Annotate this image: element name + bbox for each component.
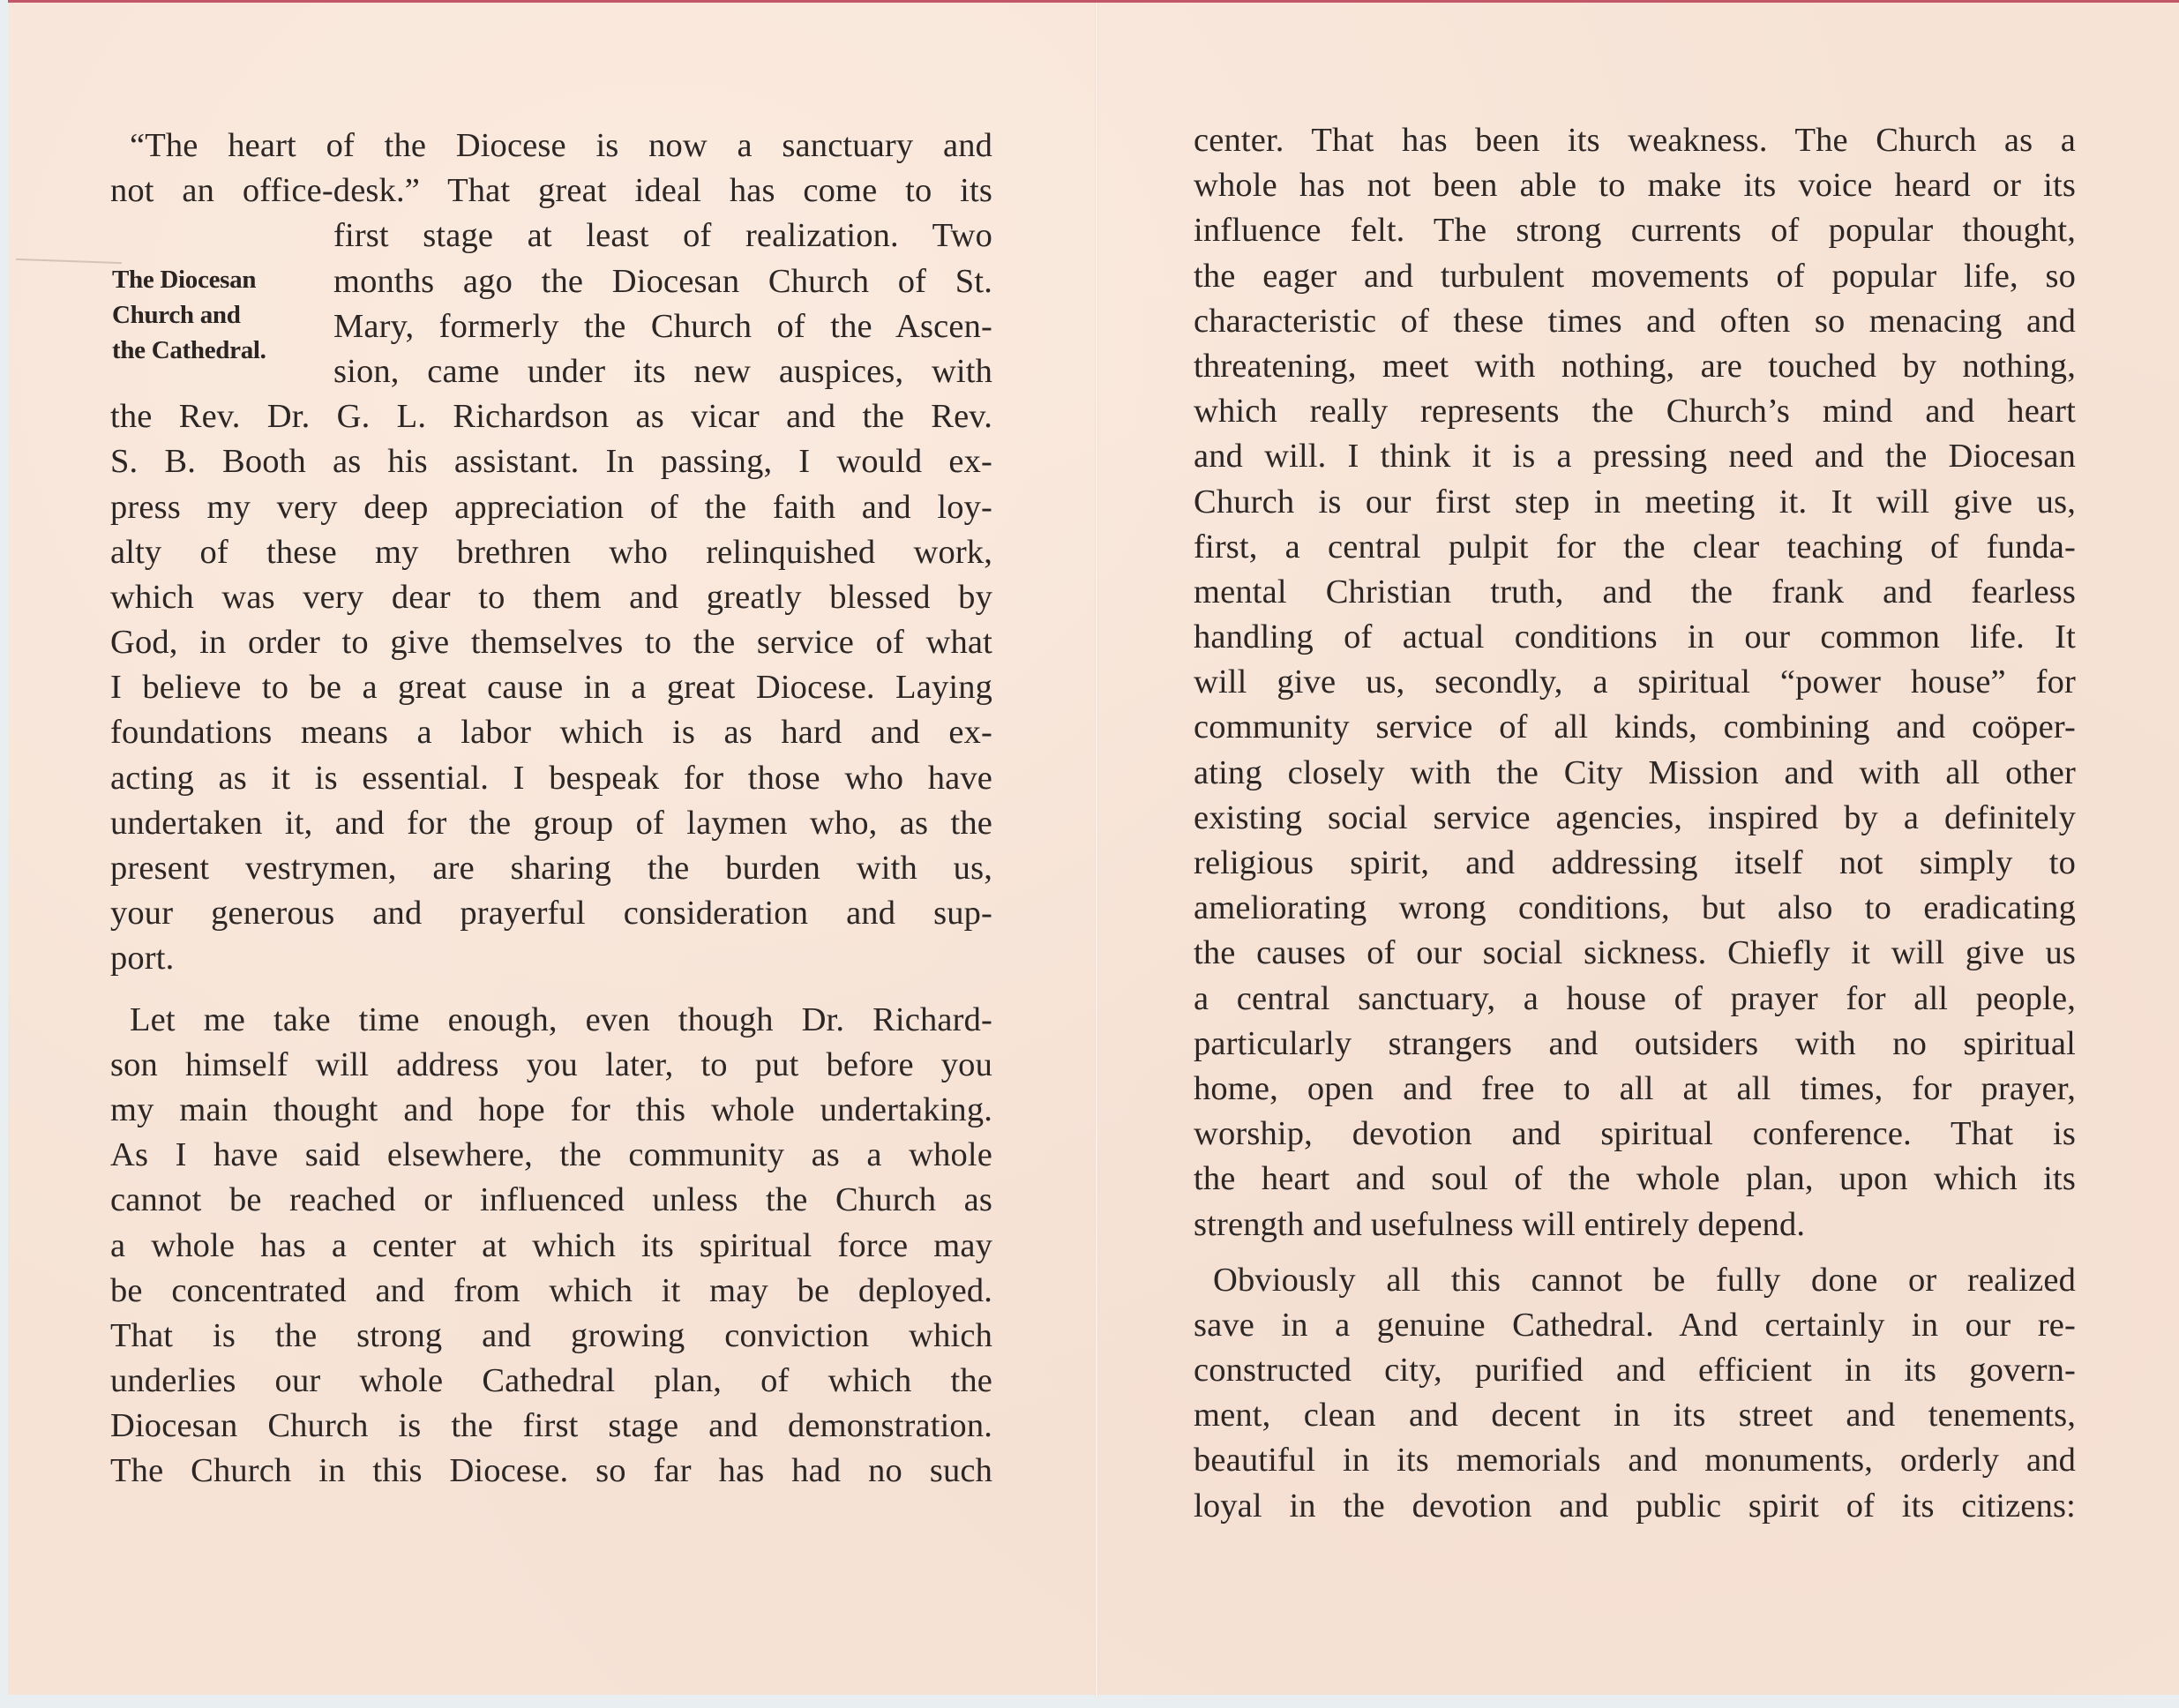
text-line: handling of actual conditions in our com… [1194, 615, 2076, 660]
text-line: ameliorating wrong conditions, but also … [1194, 886, 2076, 931]
text-line: your generous and prayerful consideratio… [110, 891, 992, 936]
text-line: constructed city, purified and efficient… [1194, 1348, 2076, 1393]
text-line: sion, came under its new auspices, with [333, 349, 992, 394]
text-line: the eager and turbulent movements of pop… [1194, 254, 2076, 299]
left-page-column: “The heart of the Diocese is now a sanct… [110, 124, 992, 1494]
text-line: port. [110, 936, 992, 981]
text-line: home, open and free to all at all times,… [1194, 1067, 2076, 1112]
text-line: present vestrymen, are sharing the burde… [110, 846, 992, 891]
text-line: underlies our whole Cathedral plan, of w… [110, 1359, 992, 1404]
text-line: beautiful in its memorials and monuments… [1194, 1438, 2076, 1483]
text-line: Diocesan Church is the first stage and d… [110, 1404, 992, 1449]
text-line: ating closely with the City Mission and … [1194, 751, 2076, 796]
text-line: As I have said elsewhere, the community … [110, 1133, 992, 1178]
text-line: not an office-desk.” That great ideal ha… [110, 169, 992, 213]
text-line: save in a genuine Cathedral. And certain… [1194, 1303, 2076, 1348]
text-line: will give us, secondly, a spiritual “pow… [1194, 660, 2076, 705]
text-line: Let me take time enough, even though Dr.… [110, 998, 992, 1043]
text-line: S. B. Booth as his assistant. In passing… [110, 439, 992, 484]
text-line: which really represents the Church’s min… [1194, 389, 2076, 434]
text-line: undertaken it, and for the group of laym… [110, 801, 992, 846]
text-line: “The heart of the Diocese is now a sanct… [110, 124, 992, 169]
paper-crease [16, 258, 122, 264]
paragraph-gap [110, 982, 992, 998]
paragraph-2: Obviously all this cannot be fully done … [1194, 1258, 2076, 1529]
text-line: and will. I think it is a pressing need … [1194, 434, 2076, 479]
page-fold [1095, 3, 1098, 1697]
text-line: ment, clean and decent in its street and… [1194, 1393, 2076, 1438]
text-line: existing social service agencies, inspir… [1194, 796, 2076, 841]
text-line: first stage at least of realization. Two [333, 213, 992, 258]
text-line: months ago the Diocesan Church of St. [333, 259, 992, 304]
text-line: I believe to be a great cause in a great… [110, 665, 992, 710]
text-line: Obviously all this cannot be fully done … [1194, 1258, 2076, 1303]
text-line: alty of these my brethren who relinquish… [110, 530, 992, 575]
text-line: mental Christian truth, and the frank an… [1194, 570, 2076, 615]
text-line: community service of all kinds, combinin… [1194, 705, 2076, 750]
text-line: cannot be reached or influenced unless t… [110, 1178, 992, 1223]
text-line: influence felt. The strong currents of p… [1194, 208, 2076, 253]
text-line: acting as it is essential. I bespeak for… [110, 756, 992, 801]
text-line: Mary, formerly the Church of the Ascen- [333, 304, 992, 349]
text-line: center. That has been its weakness. The … [1194, 118, 2076, 163]
text-line: particularly strangers and outsiders wit… [1194, 1022, 2076, 1067]
text-line: threatening, meet with nothing, are touc… [1194, 344, 2076, 389]
paragraph-1: center. That has been its weakness. The … [1194, 118, 2076, 1247]
text-line: Church is our first step in meeting it. … [1194, 480, 2076, 525]
text-line: the causes of our social sickness. Chief… [1194, 931, 2076, 976]
text-line: loyal in the devotion and public spirit … [1194, 1484, 2076, 1529]
text-line: press my very deep appreciation of the f… [110, 485, 992, 530]
text-line: son himself will address you later, to p… [110, 1043, 992, 1088]
text-line: a central sanctuary, a house of prayer f… [1194, 977, 2076, 1022]
text-line: the heart and soul of the whole plan, up… [1194, 1157, 2076, 1202]
text-line: worship, devotion and spiritual conferen… [1194, 1112, 2076, 1157]
text-line: That is the strong and growing convictio… [110, 1314, 992, 1359]
text-line: characteristic of these times and often … [1194, 299, 2076, 344]
text-line: God, in order to give themselves to the … [110, 620, 992, 665]
text-line: be concentrated and from which it may be… [110, 1269, 992, 1314]
text-line: The Church in this Diocese. so far has h… [110, 1449, 992, 1494]
text-line: a whole has a center at which its spirit… [110, 1224, 992, 1269]
paragraph-gap [1194, 1247, 2076, 1258]
right-page-column: center. That has been its weakness. The … [1194, 118, 2076, 1529]
text-line: strength and usefulness will entirely de… [1194, 1202, 2076, 1247]
text-line: the Rev. Dr. G. L. Richardson as vicar a… [110, 394, 992, 439]
paragraph-2: Let me take time enough, even though Dr.… [110, 998, 992, 1494]
text-line: whole has not been able to make its voic… [1194, 163, 2076, 208]
text-line: religious spirit, and addressing itself … [1194, 841, 2076, 886]
paragraph-1: “The heart of the Diocese is now a sanct… [110, 124, 992, 982]
text-line: my main thought and hope for this whole … [110, 1088, 992, 1133]
text-line: first, a central pulpit for the clear te… [1194, 525, 2076, 570]
text-line: which was very dear to them and greatly … [110, 575, 992, 620]
text-line: foundations means a labor which is as ha… [110, 710, 992, 755]
